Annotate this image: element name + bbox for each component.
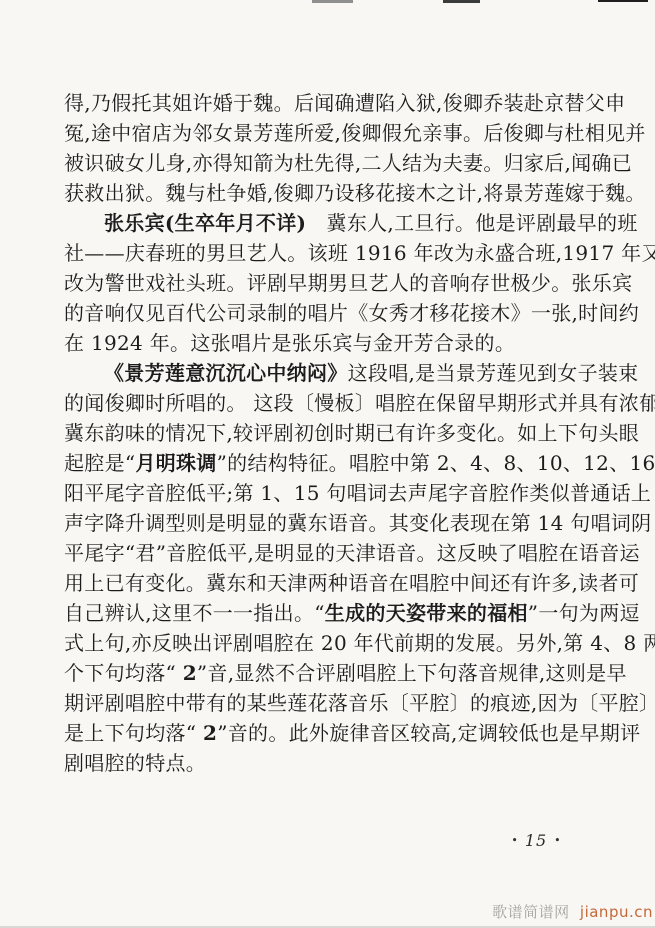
text-line: 被识破女儿身,亦得知箭为杜先得,二人结为夫妻。归家后,闻确已 bbox=[64, 148, 592, 178]
page-number-right-dot: • bbox=[554, 834, 561, 847]
text-line: 式上句,亦反映出评剧唱腔在 20 年代前期的发展。另外,第 4、8 两 bbox=[64, 628, 592, 658]
text-line: 声字降升调型则是明显的冀东语音。其变化表现在第 14 句唱词阴 bbox=[64, 508, 592, 538]
scan-artifact bbox=[443, 0, 480, 3]
text-line: 获救出狱。魏与杜争婚,俊卿乃设移花接木之计,将景芳莲嫁于魏。 bbox=[64, 178, 592, 208]
text-line: 得,乃假托其姐许婚于魏。后闻确遭陷入狱,俊卿乔装赴京替父申 bbox=[64, 88, 592, 118]
text-line: 冀东韵味的情况下,较评剧初创时期已有许多变化。如上下句头眼 bbox=[64, 418, 592, 448]
text-line: 平尾字“君”音腔低平,是明显的天津语音。这反映了唱腔在语音运 bbox=[64, 538, 592, 568]
text-line: 改为警世戏社头班。评剧早期男旦艺人的音响存世极少。张乐宾 bbox=[64, 268, 592, 298]
text-line: 的闻俊卿时所唱的。 这段〔慢板〕唱腔在保留早期形式并具有浓郁 bbox=[64, 388, 592, 418]
page-number-left-dot: • bbox=[511, 834, 518, 847]
scanned-book-page: 得,乃假托其姐许婚于魏。后闻确遭陷入狱,俊卿乔装赴京替父申冤,途中宿店为邻女景芳… bbox=[0, 0, 655, 928]
text-line: 张乐宾(生卒年月不详) 冀东人,工旦行。他是评剧最早的班 bbox=[64, 208, 592, 238]
text-line: 阳平尾字音腔低平;第 1、15 句唱词去声尾字音腔作类似普通话上 bbox=[64, 478, 592, 508]
body-text: 得,乃假托其姐许婚于魏。后闻确遭陷入狱,俊卿乔装赴京替父申冤,途中宿店为邻女景芳… bbox=[64, 88, 592, 778]
text-line: 期评剧唱腔中带有的某些莲花落音乐〔平腔〕的痕迹,因为〔平腔〕 bbox=[64, 688, 592, 718]
text-line: 剧唱腔的特点。 bbox=[64, 748, 592, 778]
text-line: 冤,途中宿店为邻女景芳莲所爱,俊卿假允亲事。后俊卿与杜相见并 bbox=[64, 118, 592, 148]
text-line: 是上下句均落“ 2”音的。此外旋律音区较高,定调较低也是早期评 bbox=[64, 718, 592, 748]
page-number-value: 15 bbox=[525, 831, 547, 850]
watermark-site-url[interactable]: jianpu.cn bbox=[580, 903, 653, 921]
scan-artifact bbox=[312, 0, 353, 3]
text-line: 社——庆春班的男旦艺人。该班 1916 年改为永盛合班,1917 年又 bbox=[64, 238, 592, 268]
watermark: 歌谱简谱网 jianpu.cn bbox=[492, 901, 653, 922]
page-number: •15• bbox=[498, 831, 574, 850]
text-line: 个下句均落“ 2”音,显然不合评剧唱腔上下句落音规律,这则是早 bbox=[64, 658, 592, 688]
scan-artifact bbox=[598, 0, 648, 2]
text-line: 用上已有变化。冀东和天津两种语音在唱腔中间还有许多,读者可 bbox=[64, 568, 592, 598]
text-line: 在 1924 年。这张唱片是张乐宾与金开芳合录的。 bbox=[64, 328, 592, 358]
text-line: 《景芳莲意沉沉心中纳闷》这段唱,是当景芳莲见到女子装束 bbox=[64, 358, 592, 388]
text-line: 的音响仅见百代公司录制的唱片《女秀才移花接木》一张,时间约 bbox=[64, 298, 592, 328]
text-line: 起腔是“月明珠调”的结构特征。唱腔中第 2、4、8、10、12、16 句唱词 bbox=[64, 448, 592, 478]
text-line: 自己辨认,这里不一一指出。“生成的天姿带来的福相”一句为两逗 bbox=[64, 598, 592, 628]
watermark-site-name: 歌谱简谱网 bbox=[492, 903, 570, 921]
